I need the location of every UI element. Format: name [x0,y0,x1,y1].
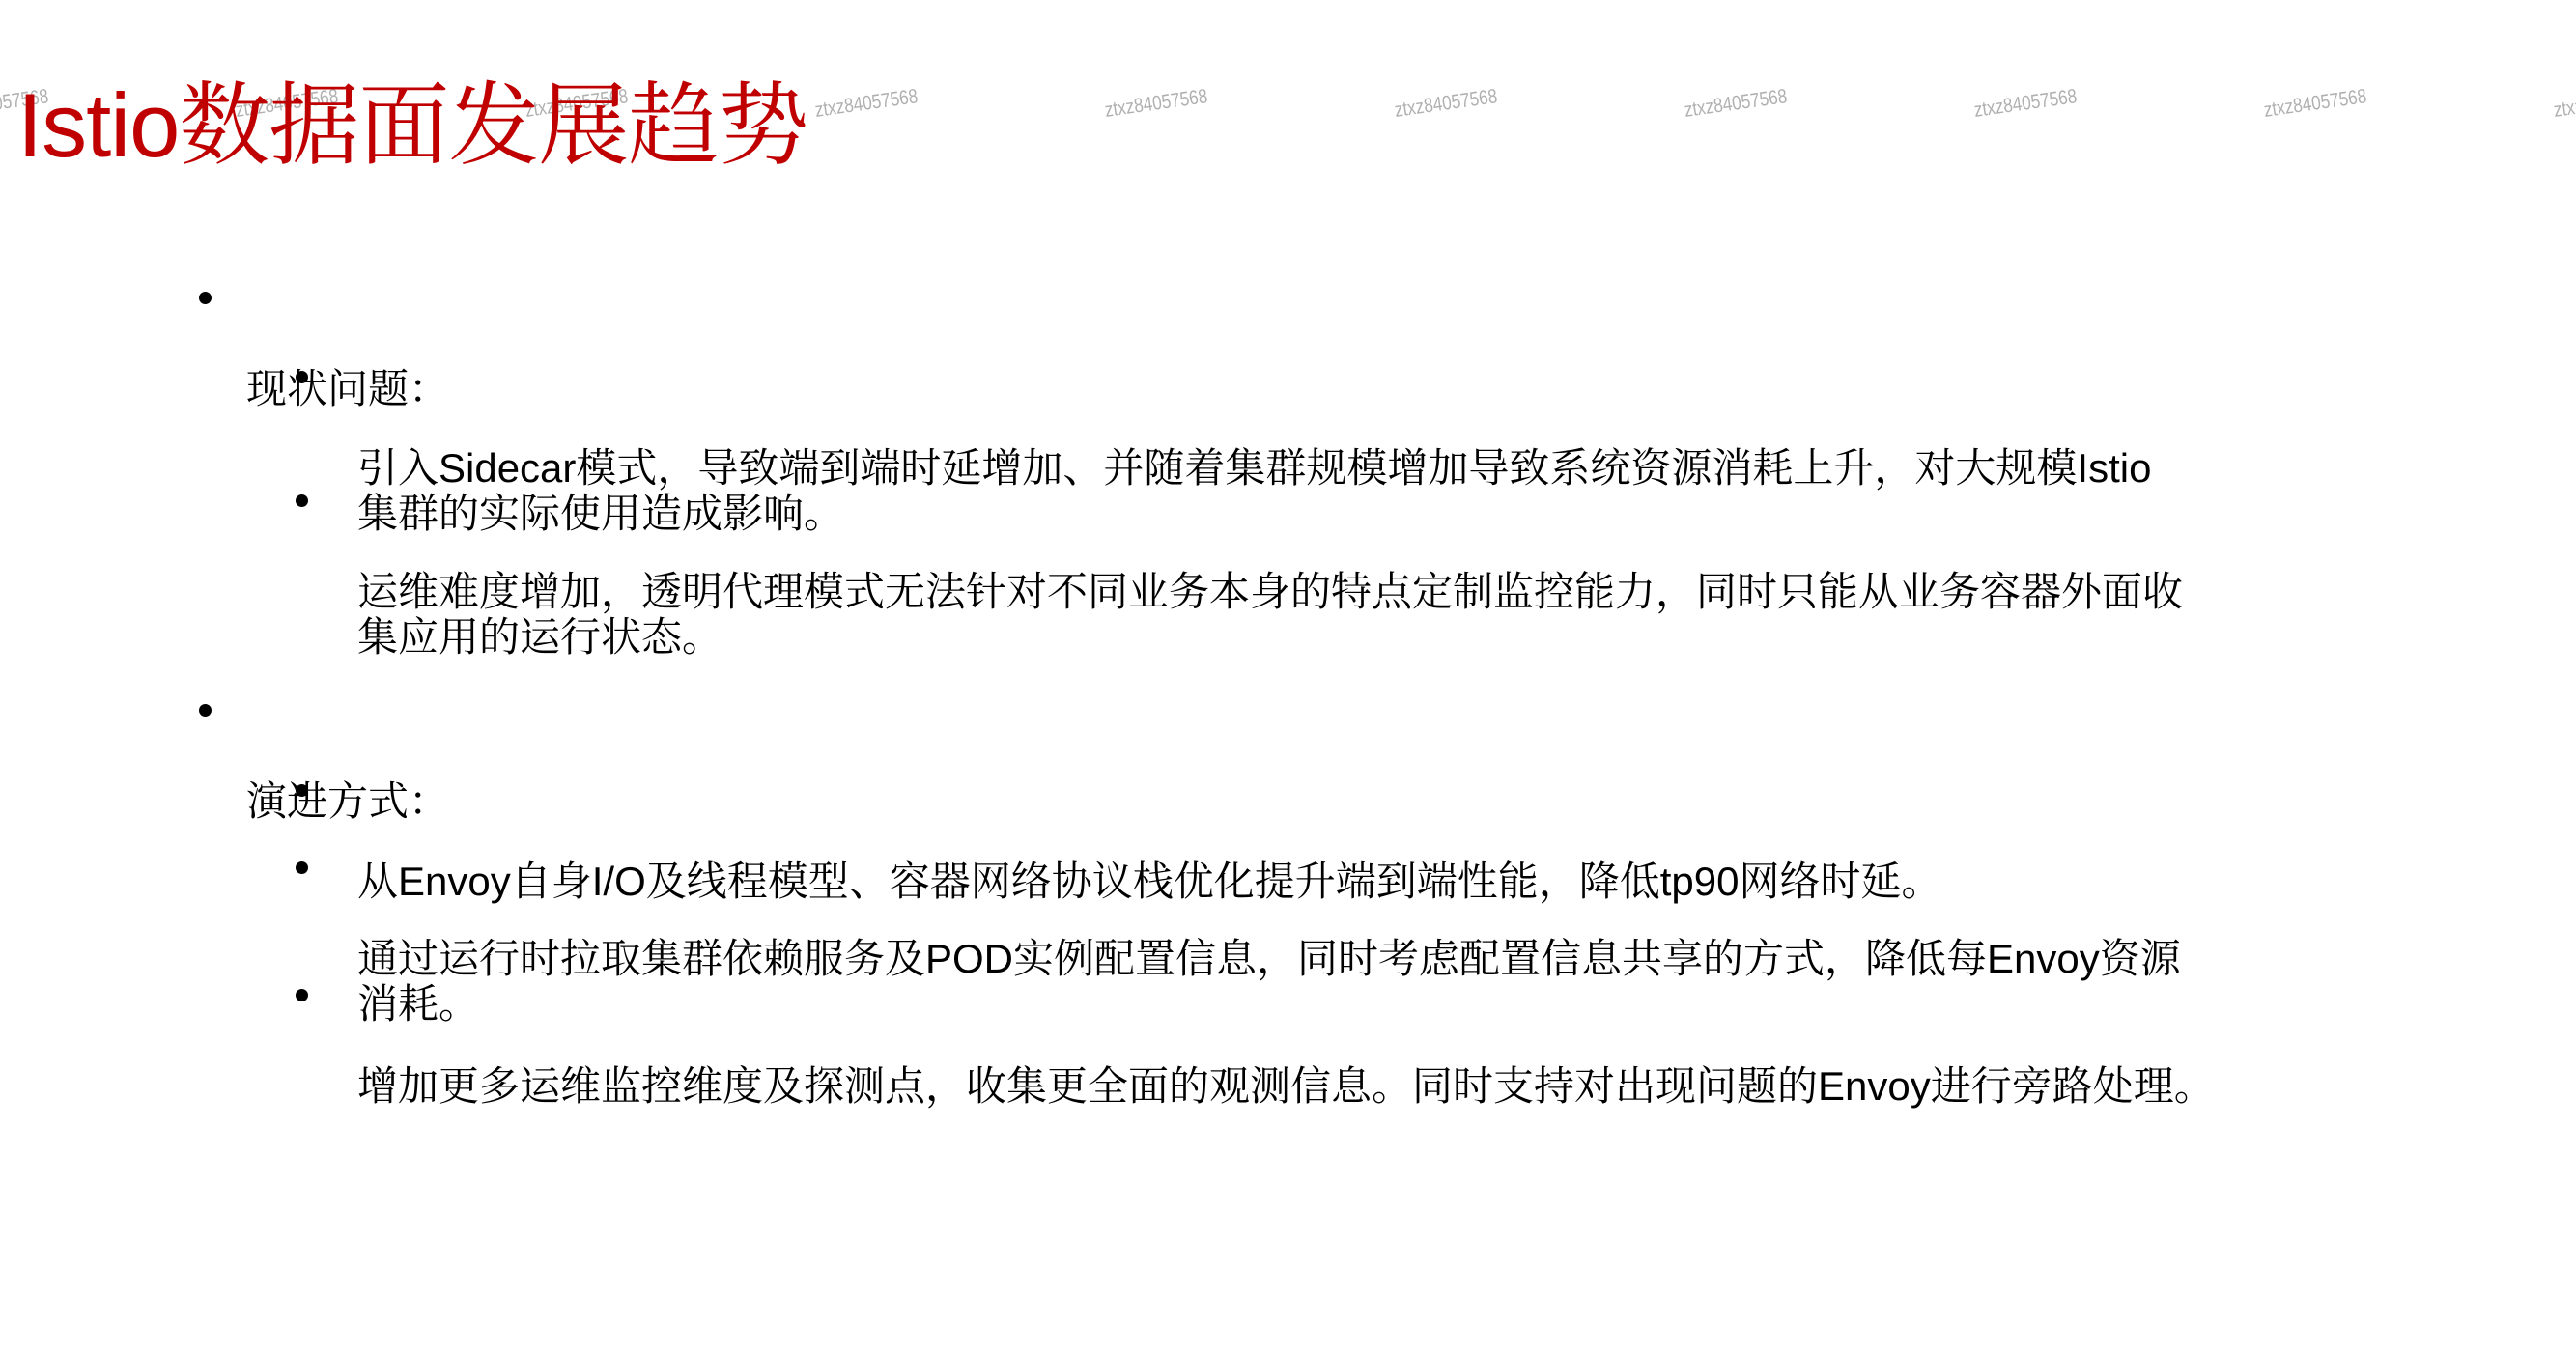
watermark-text: ztxz84057568 [1683,85,1789,123]
watermark-layer: ztxz84057568ztxz84057568ztxz84057568ztxz… [0,0,2576,1354]
bullet-ops-difficulty: 运维难度增加，透明代理模式无法针对不同业务本身的特点定制监控能力，同时只能从业务… [357,478,2183,660]
bullet-text: 增加更多运维监控维度及探测点，收集更全面的观测信息。同时支持对出现问题的Envo… [357,1063,2215,1109]
bullet-dot-icon [296,861,308,874]
bullet-dot-icon [296,784,308,797]
watermark-text: ztxz84057568 [1103,85,1209,123]
bullet-monitoring-dimensions: 增加更多运维监控维度及探测点，收集更全面的观测信息。同时支持对出现问题的Envo… [357,973,2215,1109]
bullet-dot-icon [296,989,308,1001]
watermark-text: ztxz84057568 [2552,85,2576,123]
bullet-text: 运维难度增加，透明代理模式无法针对不同业务本身的特点定制监控能力，同时只能从业务… [357,569,2183,660]
watermark-text: ztxz84057568 [813,85,920,123]
slide-title: Istio数据面发展趋势 [17,77,807,174]
bullet-dot-icon [199,704,212,717]
watermark-text: ztxz84057568 [1972,85,2079,123]
slide-canvas: ztxz84057568ztxz84057568ztxz84057568ztxz… [0,0,2576,1354]
bullet-dot-icon [296,371,308,383]
watermark-text: ztxz84057568 [2262,85,2368,123]
bullet-dot-icon [296,494,308,507]
watermark-text: ztxz84057568 [1393,85,1499,123]
bullet-dot-icon [199,292,212,304]
